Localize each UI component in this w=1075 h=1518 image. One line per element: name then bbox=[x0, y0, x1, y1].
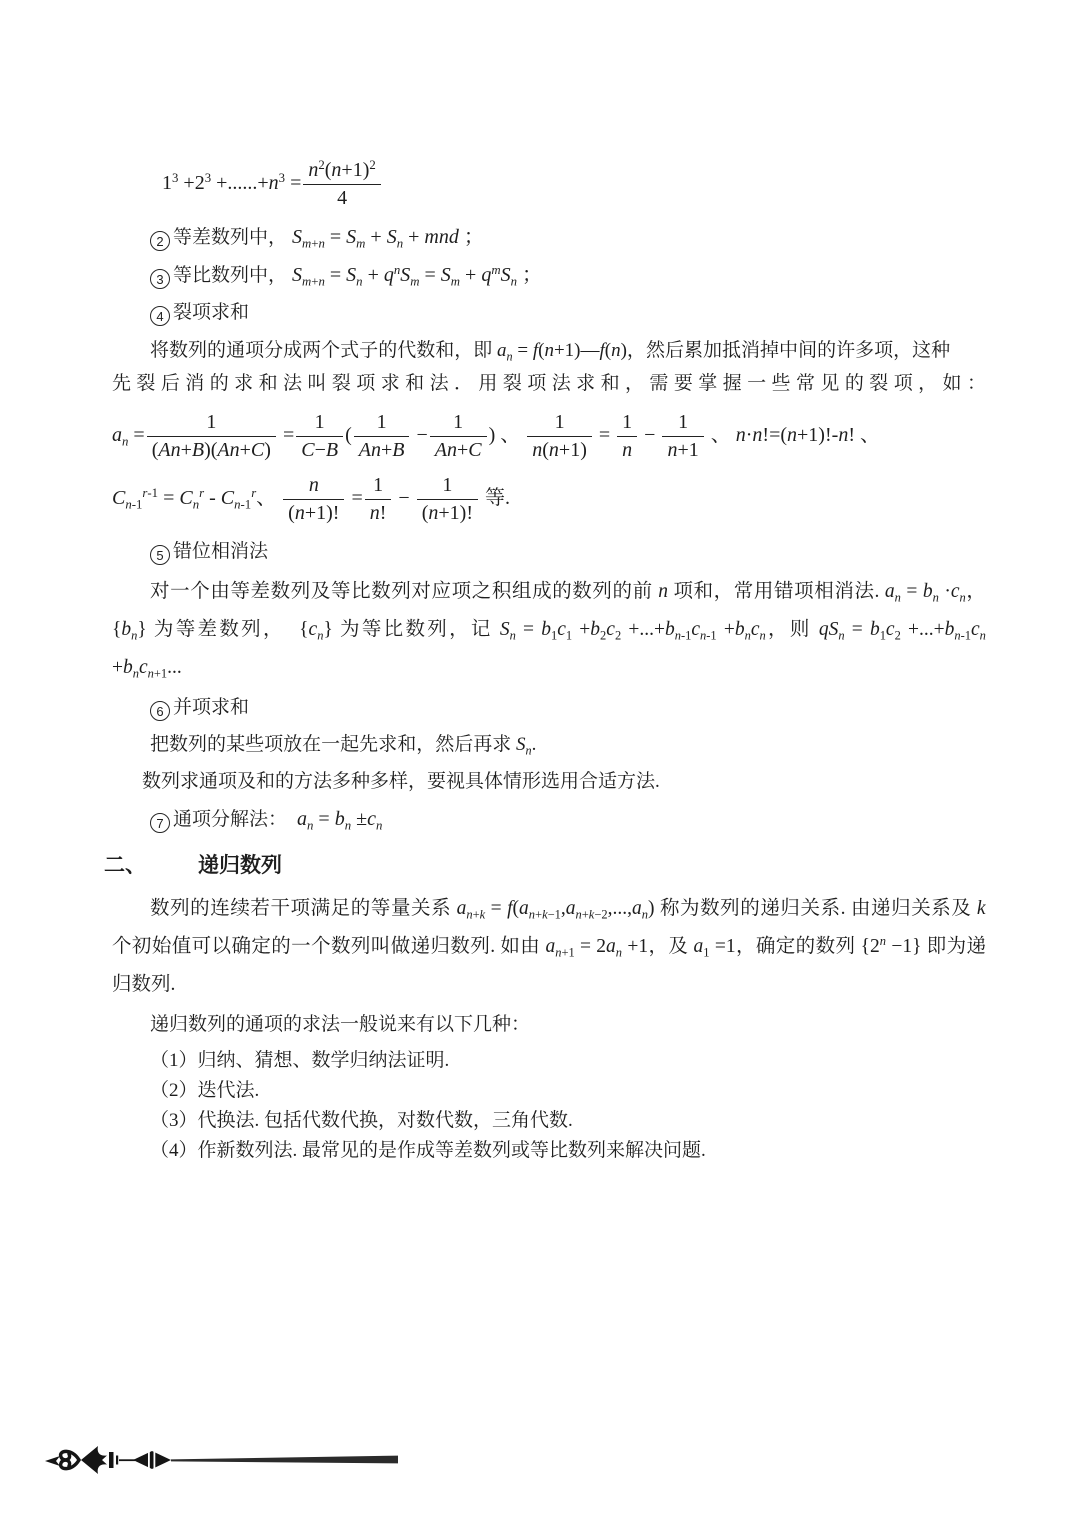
formula-sum-of-cubes: 13 +23 +......+n3 =n2(n+1)24 bbox=[162, 158, 986, 211]
item-staggered-label: 错位相消法 bbox=[173, 541, 268, 562]
circled-5-icon: 5 bbox=[150, 545, 170, 565]
item-arithmetic-label: 等差数列中， bbox=[173, 227, 287, 248]
section-title: 递归数列 bbox=[198, 854, 282, 877]
item-term-decomposition: 7通项分解法： an = bn ±cn bbox=[150, 803, 986, 836]
grouped-sum-note2: 数列求通项及和的方法多种多样，要视具体情形选用合适方法. bbox=[142, 766, 986, 798]
method-item-4: （4）作新数列法. 最常见的是作成等差数列或等比数列来解决问题. bbox=[150, 1136, 986, 1165]
item-telescoping-sum: 4裂项求和 bbox=[150, 297, 986, 329]
footer-ornament-icon bbox=[45, 1443, 405, 1477]
method-item-3: （3）代换法. 包括代数代换，对数代数，三角代数. bbox=[150, 1106, 986, 1135]
item-grouped-label: 并项求和 bbox=[173, 697, 249, 718]
circled-6-icon: 6 bbox=[150, 701, 170, 721]
method-item-1: （1）归纳、猜想、数学归纳法证明. bbox=[150, 1046, 986, 1075]
telescoping-formula-row1: an =1(An+B)(An+C) =1C−B(1An+B −1An+C) 、 … bbox=[112, 410, 986, 463]
content-area: 13 +23 +......+n3 =n2(n+1)24 2等差数列中， Sm+… bbox=[112, 148, 986, 1166]
item-staggered-cancellation: 5错位相消法 bbox=[150, 536, 986, 568]
section-heading-recursive-sequences: 二、递归数列 bbox=[104, 850, 986, 882]
item-grouped-sum: 6并项求和 bbox=[150, 692, 986, 724]
circled-7-icon: 7 bbox=[150, 813, 170, 833]
section-number: 二、 bbox=[104, 854, 146, 877]
item-arithmetic-formula: Sm+n = Sm + Sn + mnd ； bbox=[287, 226, 484, 248]
methods-intro: 递归数列的通项的求法一般说来有以下几种： bbox=[150, 1009, 986, 1041]
item-telescoping-label: 裂项求和 bbox=[173, 302, 249, 323]
item-geometric-series: 3等比数列中， Sm+n = Sn + qnSm = Sm + qmSn ； bbox=[150, 259, 986, 292]
item-decompose-formula: an = bn ±cn bbox=[287, 808, 382, 830]
staggered-paragraph: 对一个由等差数列及等比数列对应项之积组成的数列的前 n 项和，常用错项相消法. … bbox=[112, 573, 986, 687]
circled-3-icon: 3 bbox=[150, 269, 170, 289]
item-arithmetic-series: 2等差数列中， Sm+n = Sm + Sn + mnd ； bbox=[150, 221, 986, 254]
grouped-sum-note1: 把数列的某些项放在一起先求和，然后再求 Sn. bbox=[150, 729, 986, 761]
telescoping-paragraph: 将数列的通项分成两个式子的代数和，即 an = f(n+1)—f(n)，然后累加… bbox=[112, 334, 986, 400]
item-geometric-formula: Sm+n = Sn + qnSm = Sm + qmSn ； bbox=[287, 264, 542, 286]
telescoping-paragraph-line1: 将数列的通项分成两个式子的代数和，即 an = f(n+1)—f(n)，然后累加… bbox=[112, 334, 986, 367]
telescoping-paragraph-line2: 先裂后消的求和法叫裂项求和法．用裂项法求和，需要掌握一些常见的裂项，如： bbox=[112, 367, 986, 400]
telescoping-formula-row2: Cn-1r-1 = Cnr - Cn-1r、 n(n+1)! =1n! − 1(… bbox=[112, 473, 986, 526]
circled-4-icon: 4 bbox=[150, 306, 170, 326]
item-geometric-label: 等比数列中， bbox=[173, 265, 287, 286]
circled-2-icon: 2 bbox=[150, 231, 170, 251]
method-item-2: （2）迭代法. bbox=[150, 1076, 986, 1105]
recursive-definition-paragraph: 数列的连续若干项满足的等量关系 an+k = f(an+k−1,an+k−2,.… bbox=[112, 890, 986, 1004]
item-decompose-label: 通项分解法： bbox=[173, 809, 287, 830]
